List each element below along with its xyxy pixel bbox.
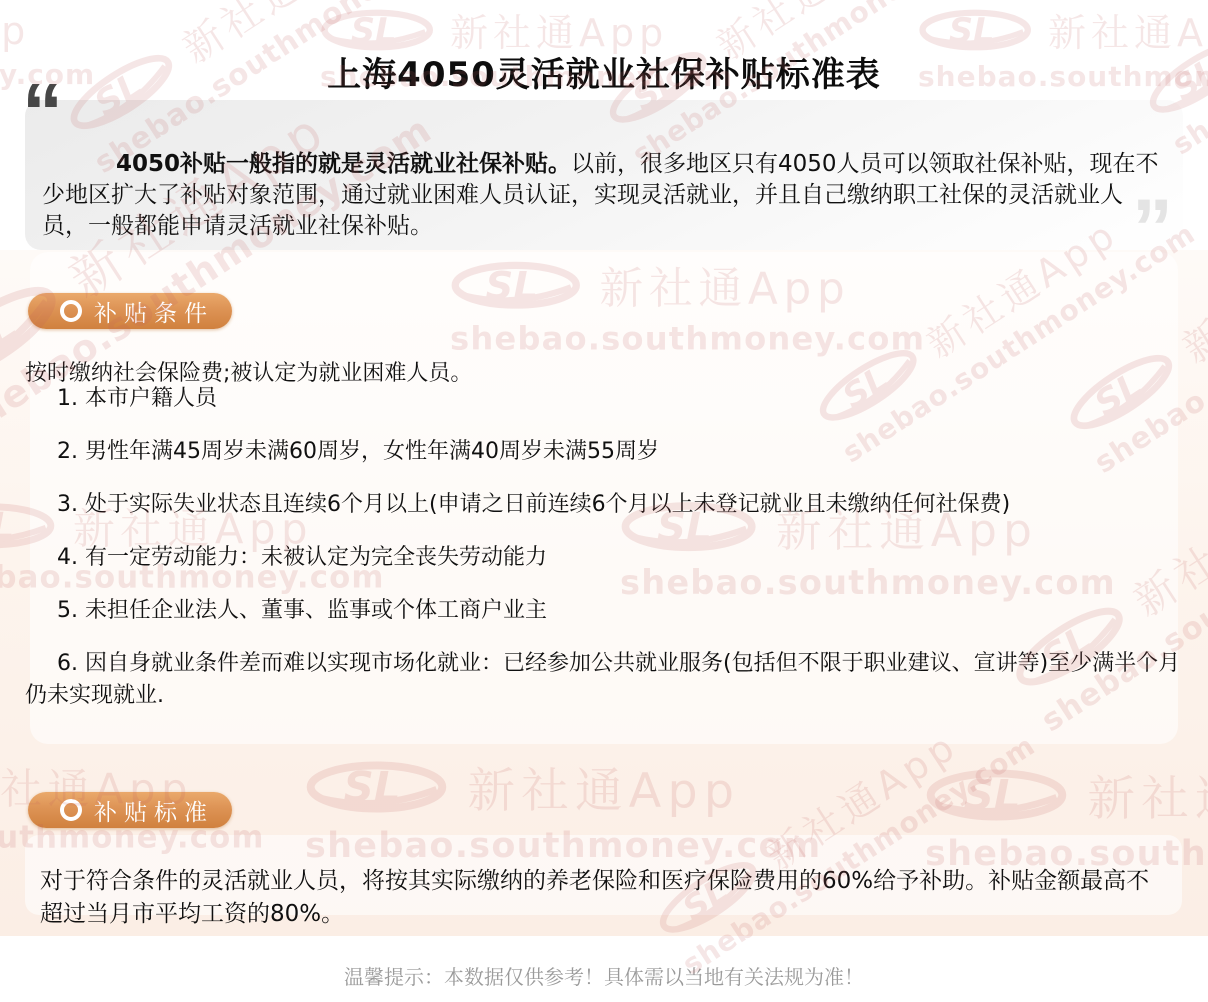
page-title: 上海4050灵活就业社保补贴标准表	[0, 47, 1208, 96]
intro-paragraph: 4050补贴一般指的就是灵活就业社保补贴。以前，很多地区只有4050人员可以领取…	[42, 149, 1162, 242]
svg-text:SL: SL	[351, 10, 397, 49]
svg-text:SL: SL	[949, 10, 995, 49]
list-item: 4. 有一定劳动能力：未被认定为完全丧失劳动能力	[25, 542, 1185, 574]
conditions-section-badge: 补贴条件	[28, 293, 232, 329]
list-item: 2. 男性年满45周岁未满60周岁，女性年满40周岁未满55周岁	[25, 436, 1185, 468]
conditions-badge-label: 补贴条件	[94, 295, 214, 328]
sl-logo-icon: SL	[320, 8, 438, 52]
ring-icon	[60, 300, 82, 322]
ring-icon	[60, 799, 82, 821]
list-item: 5. 未担任企业法人、董事、监事或个体工商户业主	[25, 595, 1185, 627]
standard-text: 对于符合条件的灵活就业人员，将按其实际缴纳的养老保险和医疗保险费用的60%给予补…	[40, 865, 1170, 931]
footer-disclaimer: 温馨提示：本数据仅供参考！具体需以当地有关法规为准！	[0, 961, 1208, 990]
standard-section-badge: 补贴标准	[28, 792, 232, 828]
list-item: 6. 因自身就业条件差而难以实现市场化就业：已经参加公共就业服务(包括但不限于职…	[25, 648, 1185, 712]
list-item: 1. 本市户籍人员	[25, 383, 1185, 415]
standard-badge-label: 补贴标准	[94, 794, 214, 827]
conditions-list: 1. 本市户籍人员 2. 男性年满45周岁未满60周岁，女性年满40周岁未满55…	[25, 383, 1185, 733]
sl-logo-icon: SL	[918, 8, 1036, 52]
intro-bold-text: 4050补贴一般指的就是灵活就业社保补贴。	[116, 151, 571, 177]
list-item: 3. 处于实际失业状态且连续6个月以上(申请之日前连续6个月以上未登记就业且未缴…	[25, 489, 1185, 521]
